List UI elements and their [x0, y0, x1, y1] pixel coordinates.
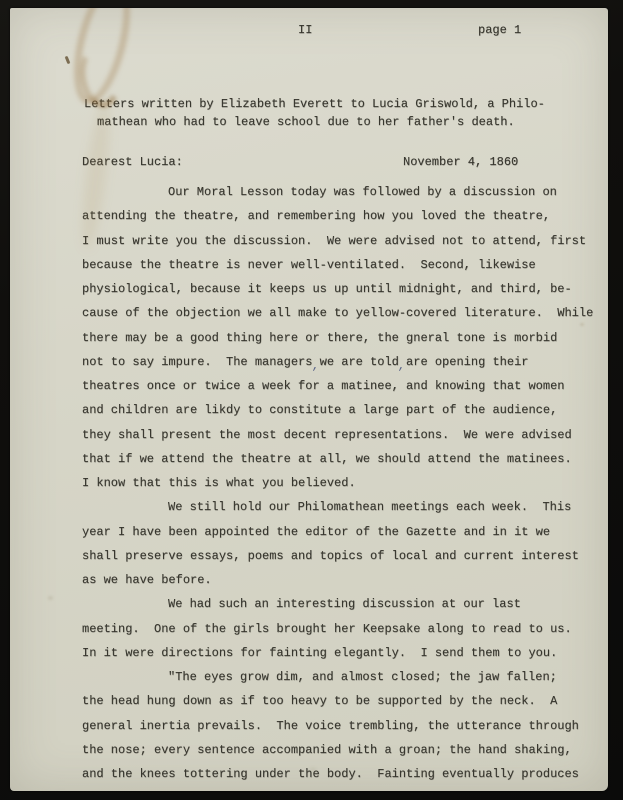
- header-page-label: page 1: [478, 22, 521, 38]
- paper-speck: [310, 768, 316, 771]
- typed-line: general inertia prevails. The voice trem…: [82, 714, 606, 738]
- typed-line: We still hold our Philomathean meetings …: [82, 495, 606, 519]
- ink-fleck: [65, 56, 71, 65]
- letter-page: II page 1 Letters written by Elizabeth E…: [10, 8, 608, 791]
- typed-line: and children are likdy to constitute a l…: [82, 398, 606, 422]
- handwritten-comma: ,: [397, 360, 405, 373]
- typed-line: I know that this is what you believed.: [82, 471, 606, 495]
- typed-line: not to say impure. The managers we are t…: [82, 350, 606, 374]
- page-background: { "document": { "header": { "section": "…: [0, 0, 623, 800]
- handwritten-comma: ,: [311, 360, 319, 373]
- typed-line: Our Moral Lesson today was followed by a…: [82, 180, 606, 204]
- typed-line: shall preserve essays, poems and topics …: [82, 544, 606, 568]
- header-section-number: II: [298, 22, 312, 38]
- typed-line: meeting. One of the girls brought her Ke…: [82, 617, 606, 641]
- typed-line: and the knees tottering under the body. …: [82, 762, 606, 786]
- typed-line: cause of the objection we all make to ye…: [82, 301, 606, 325]
- typed-line: the head hung down as if too heavy to be…: [82, 689, 606, 713]
- intro-line: mathean who had to leave school due to h…: [84, 114, 545, 132]
- typed-line: because the theatre is never well-ventil…: [82, 253, 606, 277]
- typed-line: there may be a good thing here or there,…: [82, 326, 606, 350]
- paper-speck: [48, 596, 53, 600]
- typed-line: In it were directions for fainting elega…: [82, 641, 606, 665]
- typed-line: year I have been appointed the editor of…: [82, 520, 606, 544]
- typed-line: "The eyes grow dim, and almost closed; t…: [82, 665, 606, 689]
- typed-line: that if we attend the theatre at all, we…: [82, 447, 606, 471]
- typed-line: attending the theatre, and remembering h…: [82, 204, 606, 228]
- typed-line: physiological, because it keeps us up un…: [82, 277, 606, 301]
- typed-line: as we have before.: [82, 568, 606, 592]
- letter-date: November 4, 1860: [403, 154, 518, 171]
- intro-block: Letters written by Elizabeth Everett to …: [84, 96, 545, 131]
- intro-line: Letters written by Elizabeth Everett to …: [84, 96, 545, 114]
- typed-line: they shall present the most decent repre…: [82, 423, 606, 447]
- typed-line: We had such an interesting discussion at…: [82, 592, 606, 616]
- paper-speck: [580, 323, 584, 326]
- typed-line: theatres once or twice a week for a mati…: [82, 374, 606, 398]
- typed-line: the nose; every sentence accompanied wit…: [82, 738, 606, 762]
- letter-body: Our Moral Lesson today was followed by a…: [82, 180, 606, 786]
- typed-line: I must write you the discussion. We were…: [82, 229, 606, 253]
